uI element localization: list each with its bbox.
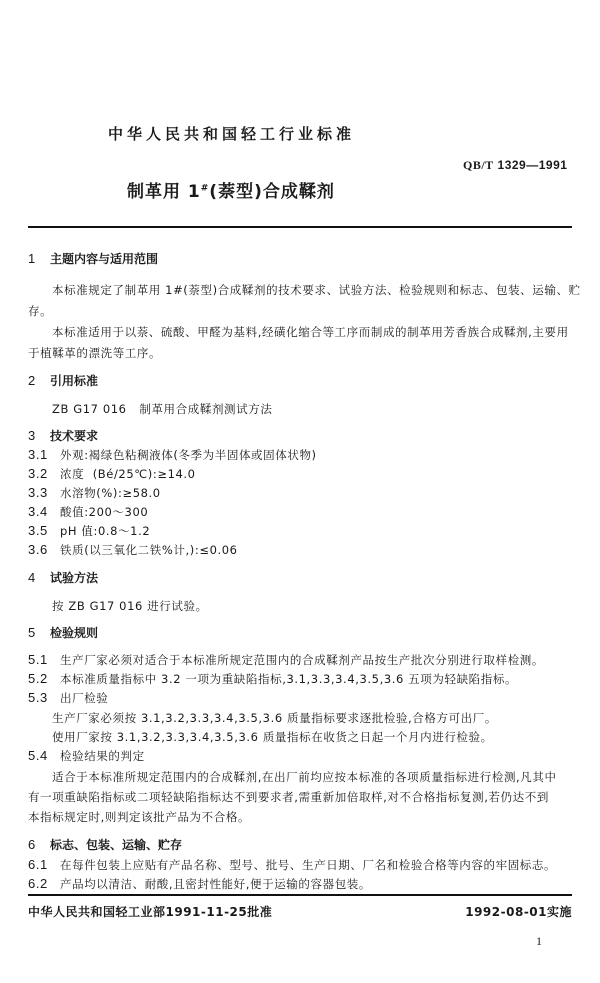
item-number: 3.1 [28, 447, 60, 462]
item-number: 6.1 [28, 857, 60, 872]
s53-line2: 使用厂家按 3.1,3.2,3.3,3.4,3.5,3.6 质量指标在收货之日起… [52, 729, 493, 745]
marking-item: 6.1在每件包装上应贴有产品名称、型号、批号、生产日期、厂名和检验合格等内容的牢… [28, 857, 556, 873]
requirement-item: 3.1外观:褐绿色粘稠液体(冬季为半固体或固体状物) [28, 447, 317, 463]
requirement-item: 3.4酸值:200～300 [28, 504, 148, 520]
footer-rule [28, 894, 572, 896]
item-text: 生产厂家必须对适合于本标准所规定范围内的合成鞣剂产品按生产批次分别进行取样检测。 [60, 653, 544, 667]
rule-item: 5.1生产厂家必须对适合于本标准所规定范围内的合成鞣剂产品按生产批次分别进行取样… [28, 652, 544, 668]
section-title: 检验规则 [50, 626, 98, 640]
s1-para1-line1: 本标准规定了制革用 1#(萘型)合成鞣剂的技术要求、试验方法、检验规则和标志、包… [52, 282, 581, 298]
item-number: 3.5 [28, 523, 60, 538]
item-text: 外观:褐绿色粘稠液体(冬季为半固体或固体状物) [60, 448, 317, 462]
item-number: 5.3 [28, 690, 60, 705]
standard-code-prefix: QB/T [463, 158, 494, 172]
requirement-item: 3.3水溶物(%):≥58.0 [28, 485, 161, 501]
section-1-heading: 1主题内容与适用范围 [28, 250, 158, 267]
requirement-item: 3.5pH 值:0.8～1.2 [28, 523, 150, 539]
item-text: pH 值:0.8～1.2 [60, 524, 150, 538]
item-number: 5.1 [28, 652, 60, 667]
item-number: 5.2 [28, 671, 60, 686]
s1-para1-line2: 存。 [28, 303, 52, 319]
approval-date: 中华人民共和国轻工业部1991-11-25批准 [28, 903, 272, 920]
implementation-date: 1992-08-01实施 [465, 903, 572, 920]
section-number: 4 [28, 570, 50, 585]
item-text: 浓度 (Bé/25℃):≥14.0 [60, 467, 196, 481]
s54-line3: 本指标规定时,则判定该批产品为不合格。 [28, 809, 250, 825]
section-5-heading: 5检验规则 [28, 624, 98, 641]
section-title: 主题内容与适用范围 [50, 252, 158, 266]
section-title: 试验方法 [50, 571, 98, 585]
rule-item: 5.4检验结果的判定 [28, 748, 145, 764]
document-title: 制革用 1#(萘型)合成鞣剂 [127, 177, 335, 202]
section-number: 5 [28, 625, 50, 640]
s54-line1: 适合于本标准所规定范围内的合成鞣剂,在出厂前均应按本标准的各项质量指标进行检测,… [52, 769, 557, 785]
item-number: 6.2 [28, 876, 60, 891]
title-prefix: 制革用 1 [127, 182, 201, 202]
item-text: 检验结果的判定 [60, 749, 145, 763]
standard-code: QB/T 1329—1991 [463, 158, 567, 173]
rule-item: 5.2本标准质量指标中 3.2 一项为重缺陷指标,3.1,3.3,3.4,3.5… [28, 671, 517, 687]
item-text: 水溶物(%):≥58.0 [60, 486, 161, 500]
s54-line2: 有一项重缺陷指标或二项轻缺陷指标达不到要求者,需重新加倍取样,对不合格指标复测,… [28, 789, 549, 805]
item-text: 产品均以清洁、耐酸,且密封性能好,便于运输的容器包装。 [60, 877, 371, 891]
section-number: 6 [28, 837, 50, 852]
item-number: 3.6 [28, 542, 60, 557]
s53-line1: 生产厂家必须按 3.1,3.2,3.3,3.4,3.5,3.6 质量指标要求逐批… [52, 710, 497, 726]
requirement-item: 3.6铁质(以三氧化二铁%计,):≤0.06 [28, 542, 238, 558]
section-title: 技术要求 [50, 429, 98, 443]
section-4-heading: 4试验方法 [28, 569, 98, 586]
requirement-item: 3.2浓度 (Bé/25℃):≥14.0 [28, 466, 196, 482]
s1-para2-line1: 本标准适用于以萘、硫酸、甲醛为基料,经磺化缩合等工序而制成的制革用芳香族合成鞣剂… [52, 324, 569, 340]
s4-text: 按 ZB G17 016 进行试验。 [52, 598, 208, 614]
item-text: 酸值:200～300 [60, 505, 148, 519]
section-2-heading: 2引用标准 [28, 372, 98, 389]
item-number: 3.4 [28, 504, 60, 519]
item-text: 本标准质量指标中 3.2 一项为重缺陷指标,3.1,3.3,3.4,3.5,3.… [60, 672, 517, 686]
section-title: 标志、包装、运输、贮存 [50, 838, 182, 852]
section-number: 1 [28, 251, 50, 266]
item-text: 在每件包装上应贴有产品名称、型号、批号、生产日期、厂名和检验合格等内容的牢固标志… [60, 858, 556, 872]
item-number: 3.2 [28, 466, 60, 481]
section-6-heading: 6标志、包装、运输、贮存 [28, 836, 182, 853]
item-number: 3.3 [28, 485, 60, 500]
s1-para2-line2: 于植鞣革的漂洗等工序。 [28, 345, 161, 361]
title-suffix: (萘型)合成鞣剂 [209, 182, 335, 202]
title-superscript: # [201, 183, 210, 193]
section-3-heading: 3技术要求 [28, 427, 98, 444]
section-number: 2 [28, 373, 50, 388]
s2-reference: ZB G17 016 制革用合成鞣剂测试方法 [52, 401, 272, 417]
item-text: 出厂检验 [60, 691, 108, 705]
page-number: 1 [536, 934, 542, 949]
marking-item: 6.2产品均以清洁、耐酸,且密封性能好,便于运输的容器包装。 [28, 876, 371, 892]
standard-code-number: 1329—1991 [498, 158, 568, 172]
section-title: 引用标准 [50, 374, 98, 388]
rule-item: 5.3出厂检验 [28, 690, 108, 706]
item-text: 铁质(以三氧化二铁%计,):≤0.06 [60, 543, 238, 557]
issuing-organization: 中华人民共和国轻工行业标准 [108, 123, 355, 144]
section-number: 3 [28, 428, 50, 443]
item-number: 5.4 [28, 748, 60, 763]
header-rule [28, 226, 572, 228]
